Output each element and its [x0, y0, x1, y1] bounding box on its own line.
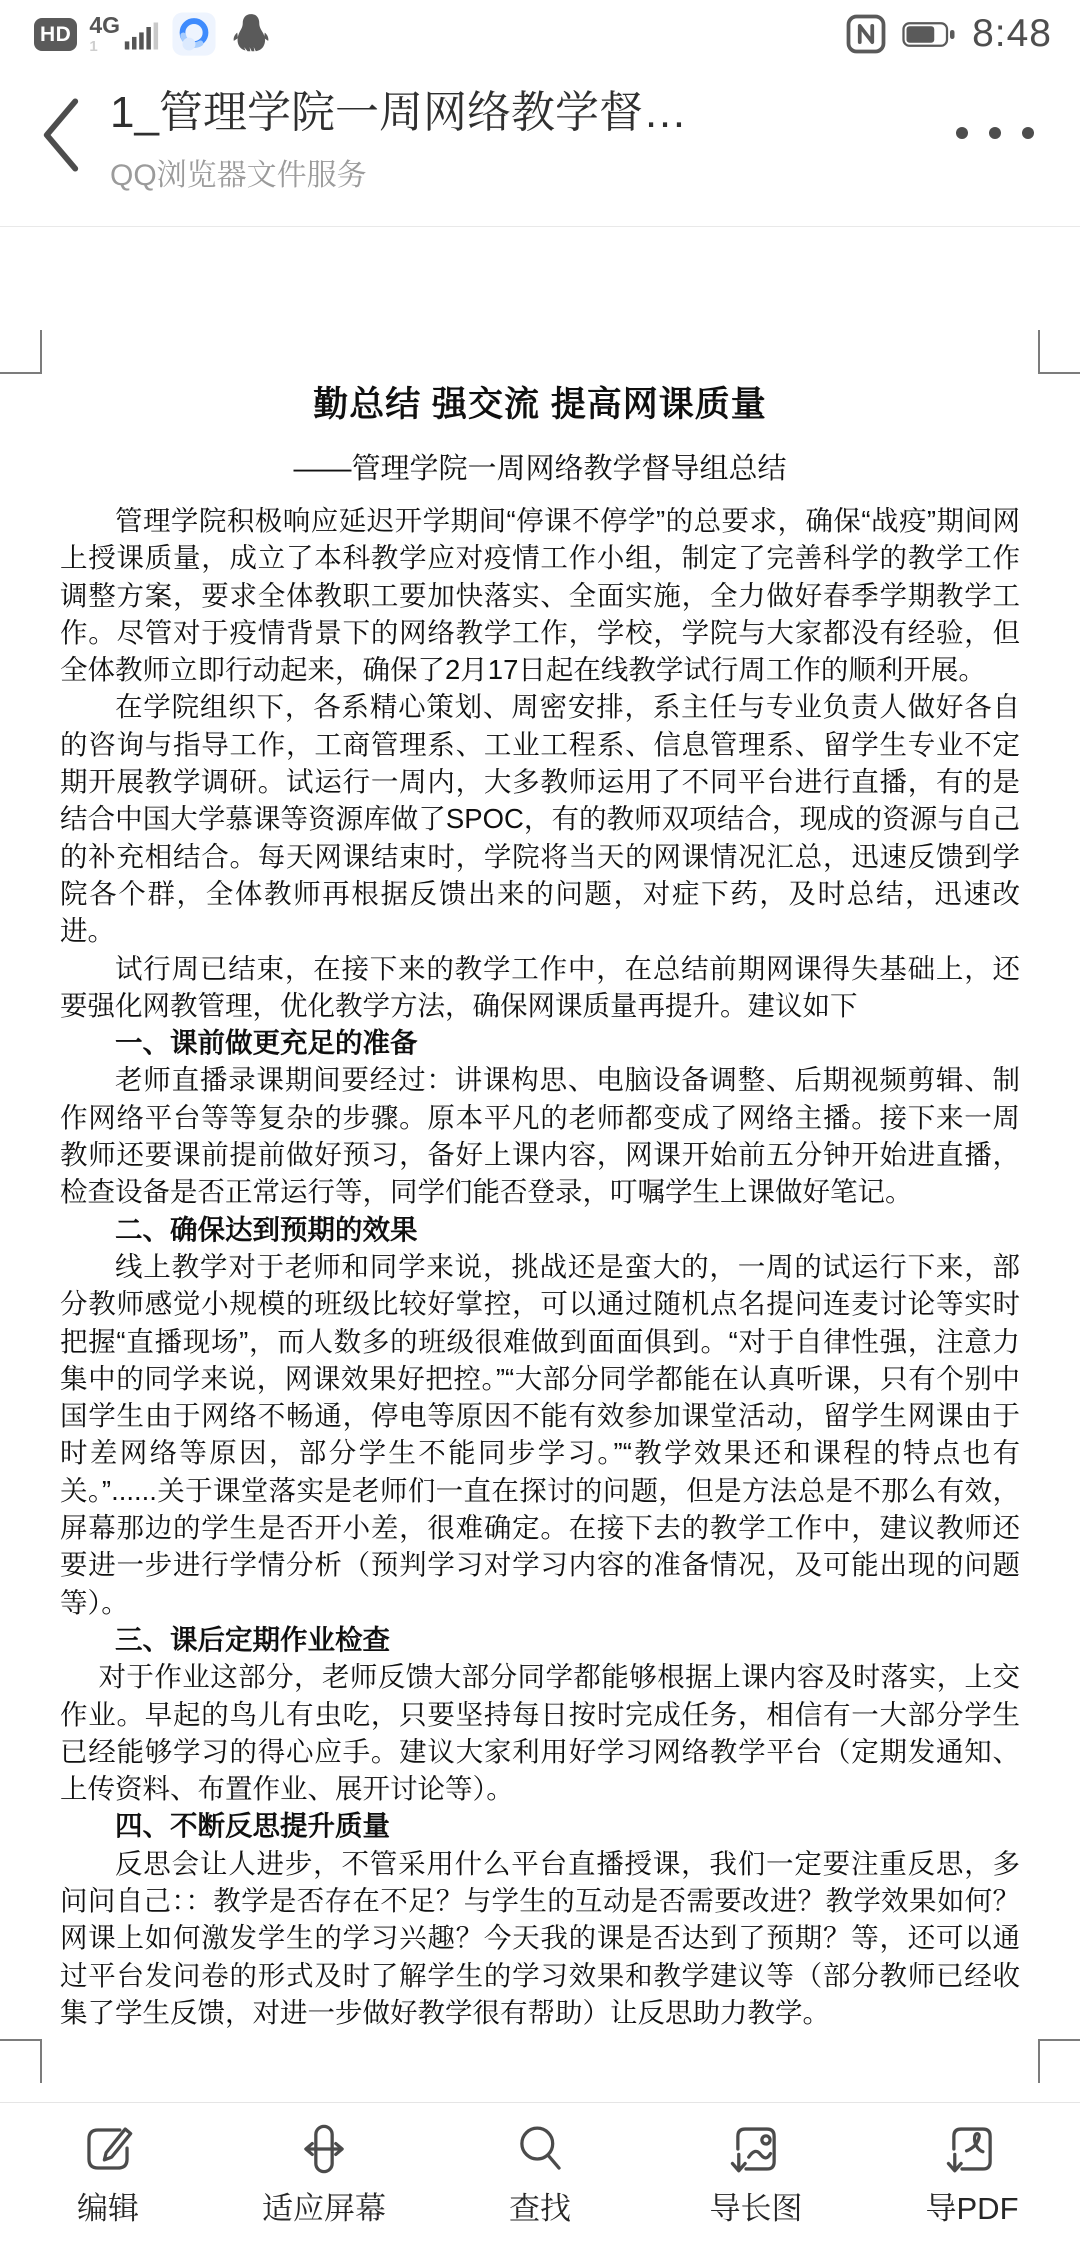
status-right-cluster: 8:48 — [846, 12, 1052, 56]
hd-volte-icon: HD — [34, 18, 77, 51]
doc-paragraph: 管理学院积极响应延迟开学期间“停课不停学”的总要求，确保“战疫”期间网上授课质量… — [60, 502, 1020, 688]
edit-icon — [79, 2120, 137, 2178]
network-type-label: 4G — [89, 14, 120, 37]
tool-label: 导长图 — [710, 2183, 803, 2228]
fit-screen-button[interactable]: 适应屏幕 — [216, 2120, 432, 2228]
find-button[interactable]: 查找 — [432, 2120, 648, 2228]
bottom-toolbar: 编辑 适应屏幕 查找 导长图 导PDF — [0, 2102, 1080, 2244]
tool-label: 导PDF — [926, 2183, 1019, 2228]
document-title: 勤总结 强交流 提高网课质量 — [60, 377, 1020, 427]
doc-paragraph: 试行周已结束，在接下来的教学工作中，在总结前期网课得失基础上，还要强化网教管理，… — [60, 950, 1020, 1025]
doc-paragraph: 老师直播录课期间要经过：讲课构思、电脑设备调整、后期视频剪辑、制作网络平台等等复… — [60, 1061, 1020, 1210]
battery-icon — [902, 19, 956, 50]
doc-heading: 三、课后定期作业检查 — [60, 1621, 1020, 1658]
doc-heading: 二、确保达到预期的效果 — [60, 1211, 1020, 1248]
export-long-image-icon — [727, 2120, 785, 2178]
page-corner-mark — [0, 330, 42, 374]
more-dots-icon — [950, 125, 1040, 141]
doc-body: 管理学院积极响应延迟开学期间“停课不停学”的总要求，确保“战疫”期间网上授课质量… — [60, 502, 1020, 2031]
document-subtitle: ——管理学院一周网络教学督导组总结 — [60, 446, 1020, 487]
page-corner-mark — [0, 2039, 42, 2083]
back-button[interactable] — [22, 90, 100, 180]
app-header: 1_管理学院一周网络教学督… QQ浏览器文件服务 — [0, 58, 1080, 227]
page-corner-mark — [1038, 330, 1080, 374]
qq-penguin-notification-icon — [229, 12, 273, 56]
doc-paragraph: 对于作业这部分，老师反馈大部分同学都能够根据上课内容及时落实，上交作业。早起的鸟… — [60, 1658, 1020, 1807]
more-menu-button[interactable] — [944, 111, 1046, 160]
tool-label: 适应屏幕 — [262, 2183, 386, 2228]
edit-button[interactable]: 编辑 — [0, 2120, 216, 2228]
doc-paragraph: 反思会让人进步，不管采用什么平台直播授课，我们一定要注重反思，多问问自己：：教学… — [60, 1845, 1020, 2031]
export-pdf-button[interactable]: 导PDF — [864, 2120, 1080, 2228]
search-icon — [511, 2120, 569, 2178]
export-long-image-button[interactable]: 导长图 — [648, 2120, 864, 2228]
back-chevron-icon — [39, 96, 83, 174]
doc-paragraph: 在学院组织下，各系精心策划、周密安排，系主任与专业负责人做好各自的咨询与指导工作… — [60, 688, 1020, 949]
tool-label: 查找 — [509, 2183, 571, 2228]
cellular-signal-icon: 4G 1 — [89, 14, 159, 54]
document-viewer[interactable]: 勤总结 强交流 提高网课质量 ——管理学院一周网络教学督导组总结 管理学院积极响… — [0, 227, 1080, 2102]
header-titles: 1_管理学院一周网络教学督… QQ浏览器文件服务 — [110, 76, 944, 194]
sim2-indicator: 1 — [89, 39, 97, 54]
status-left-cluster: HD 4G 1 — [34, 11, 846, 57]
page-corner-mark — [1038, 2039, 1080, 2083]
doc-heading: 四、不断反思提升质量 — [60, 1807, 1020, 1844]
export-pdf-icon — [943, 2120, 1001, 2178]
qq-browser-notification-icon — [171, 11, 217, 57]
file-title: 1_管理学院一周网络教学督… — [110, 76, 944, 140]
nfc-icon — [846, 14, 886, 54]
doc-paragraph: 线上教学对于老师和同学来说，挑战还是蛮大的，一周的试运行下来，部分教师感觉小规模… — [60, 1248, 1020, 1621]
file-source-label: QQ浏览器文件服务 — [110, 150, 944, 194]
fit-screen-icon — [295, 2120, 353, 2178]
doc-heading: 一、课前做更充足的准备 — [60, 1024, 1020, 1061]
tool-label: 编辑 — [77, 2183, 139, 2228]
clock-label: 8:48 — [972, 12, 1052, 56]
document-page: 勤总结 强交流 提高网课质量 ——管理学院一周网络教学督导组总结 管理学院积极响… — [0, 227, 1080, 2031]
signal-bars-icon — [123, 18, 159, 54]
status-bar: HD 4G 1 — [0, 0, 1080, 58]
